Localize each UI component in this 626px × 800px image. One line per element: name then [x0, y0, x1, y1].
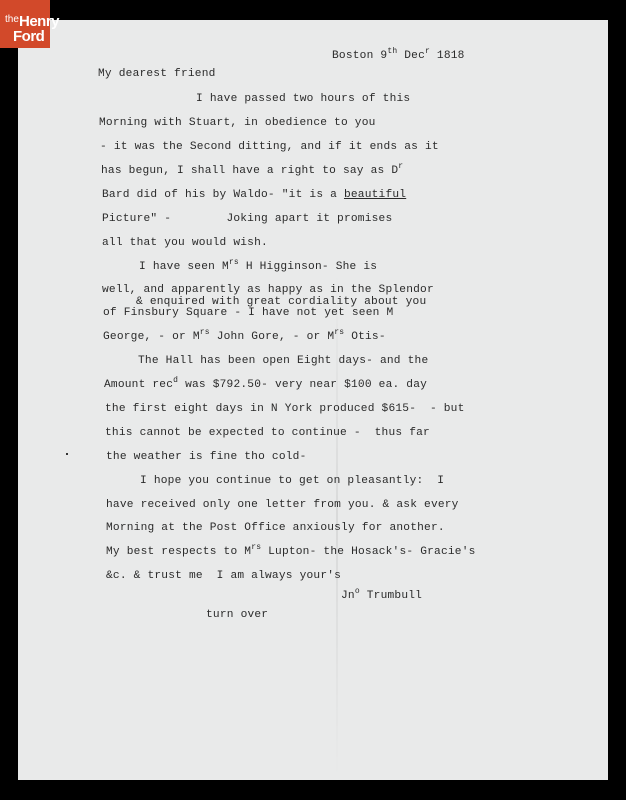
letter-line: Bard did of his by Waldo- "it is a beaut… [102, 189, 406, 202]
letter-line: George, - or Mrs John Gore, - or Mrs Oti… [103, 331, 386, 344]
letter-line: I have seen Mrs H Higginson- She is [139, 261, 377, 274]
turn-over-note: turn over [206, 609, 268, 622]
letter-line: Morning at the Post Office anxiously for… [106, 522, 445, 535]
letter-line: the weather is fine tho cold- [106, 451, 307, 464]
letter-line: I hope you continue to get on pleasantly… [140, 475, 444, 488]
letter-line: Picture" - Joking apart it promises [102, 213, 392, 226]
letter-line: of Finsbury Square - I have not yet seen… [103, 307, 393, 320]
letter-line: all that you would wish. [102, 237, 268, 250]
signature: Jno Trumbull [341, 590, 422, 603]
letter-line: Amount recd was $792.50- very near $100 … [104, 379, 427, 392]
dateline: Boston 9th Decr 1818 [332, 50, 465, 63]
letter-line: Morning with Stuart, in obedience to you [99, 117, 376, 130]
letter-line: has begun, I shall have a right to say a… [101, 165, 403, 178]
letter-line: the first eight days in N York produced … [105, 403, 465, 416]
letter-page [18, 20, 608, 780]
underlined-word: beautiful [344, 189, 406, 201]
letter-line: The Hall has been open Eight days- and t… [138, 355, 428, 368]
logo-text-the: the [5, 15, 19, 25]
letter-line: - it was the Second ditting, and if it e… [100, 141, 439, 154]
salutation: My dearest friend [98, 68, 216, 81]
the-henry-ford-logo: the Henry Ford [0, 0, 50, 48]
letter-line: My best respects to Mrs Lupton- the Hosa… [106, 546, 476, 559]
letter-line: &c. & trust me I am always your's [106, 570, 341, 583]
letter-line: I have passed two hours of this [196, 93, 410, 106]
letter-line: have received only one letter from you. … [106, 499, 459, 512]
letter-line: this cannot be expected to continue - th… [105, 427, 430, 440]
ink-speck [66, 453, 68, 455]
logo-text-ford: Ford [13, 29, 44, 45]
